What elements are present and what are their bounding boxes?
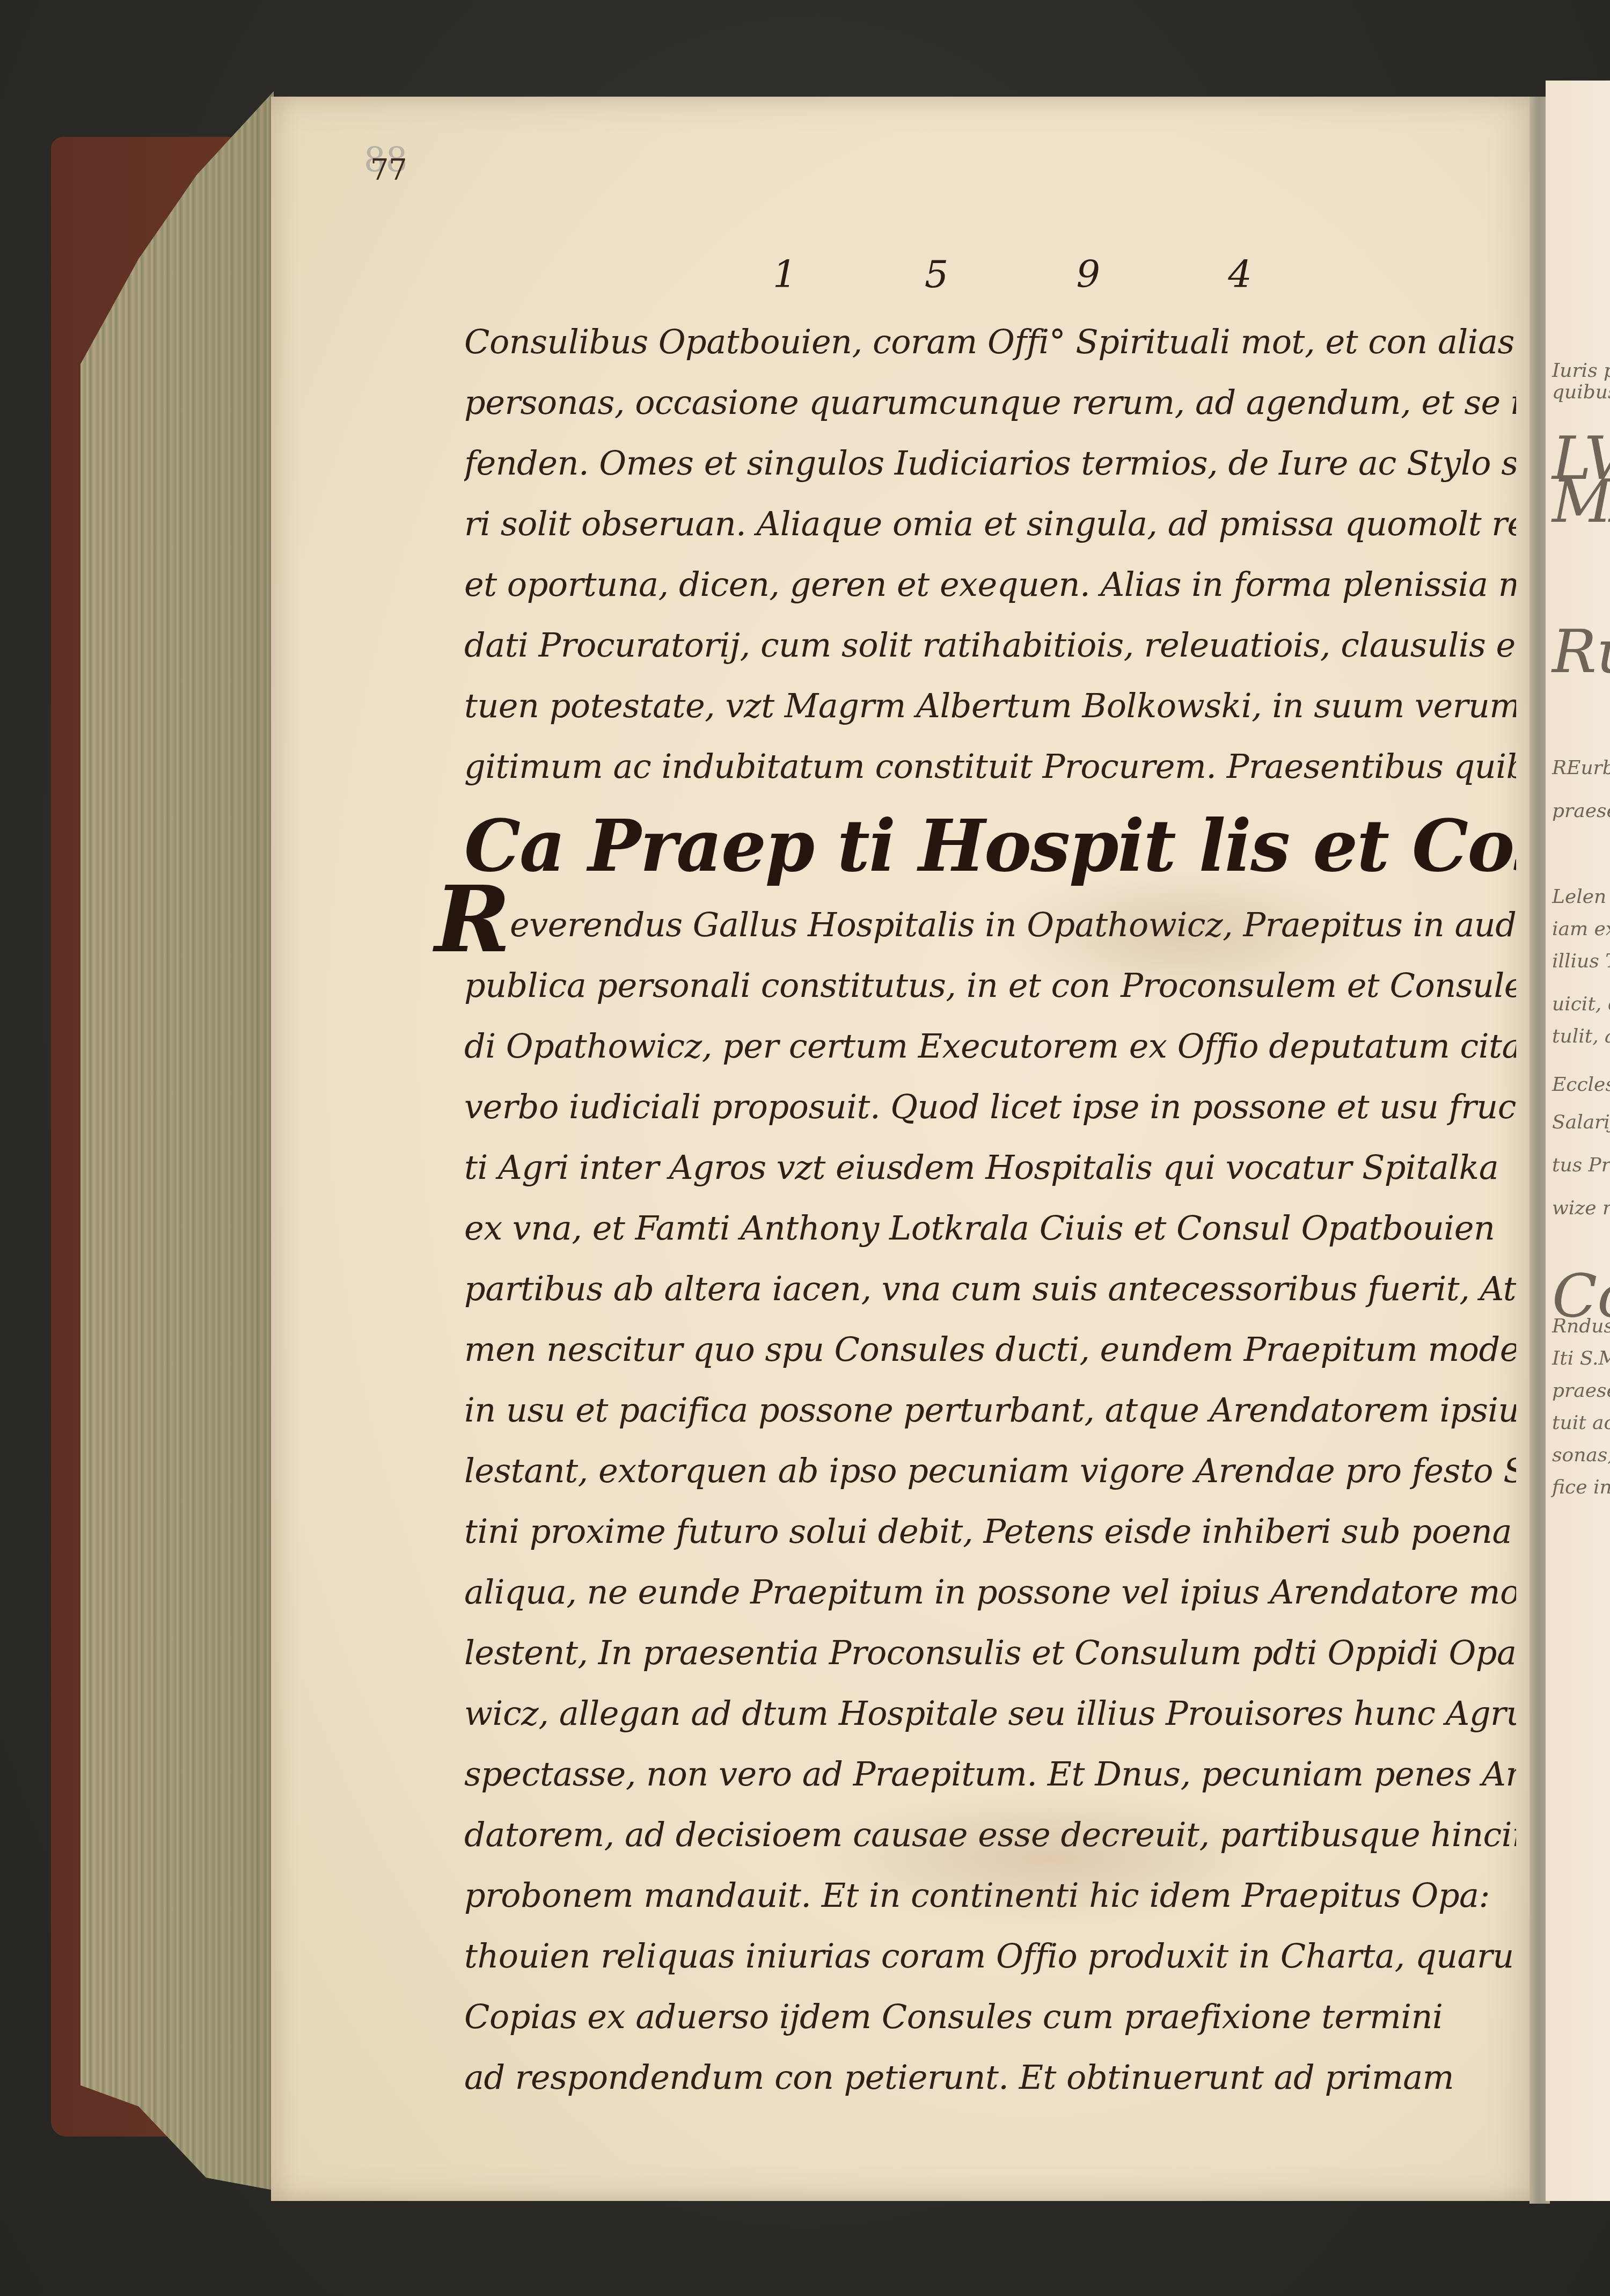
text-line: wicz, allegan ad dtum Hospitale seu illi…	[464, 1683, 1516, 1744]
next-page-text-fragment: sonas, c	[1552, 1444, 1610, 1466]
text-line: di Opathowicz, per certum Executorem ex …	[464, 1016, 1516, 1076]
text-line: Copias ex aduerso ijdem Consules cum pra…	[464, 1986, 1516, 2047]
next-page-text-fragment: uicit, ei	[1552, 993, 1610, 1015]
text-line: verbo iudiciali proposuit. Quod licet ip…	[464, 1076, 1516, 1137]
next-page-text-fragment: Rndus	[1552, 1315, 1610, 1337]
next-page-edge: Iuris post Sesquibus supraLVNMARuREurbis…	[1546, 81, 1610, 2201]
next-page-text-fragment: Lelen Sn	[1552, 886, 1610, 908]
text-line: personas, occasione quarumcunque rerum, …	[464, 372, 1516, 433]
text-line: probonem mandauit. Et in continenti hic …	[464, 1865, 1516, 1926]
text-line: thouien reliquas iniurias coram Offio pr…	[464, 1926, 1516, 1986]
text-line: gitimum ac indubitatum constituit Procur…	[464, 736, 1516, 797]
decorated-initial: R	[435, 874, 510, 965]
text-line: ex vna, et Famti Anthony Lotkrala Ciuis …	[464, 1198, 1516, 1258]
text-line: ad respondendum con petierunt. Et obtinu…	[464, 2047, 1516, 2108]
text-line: fenden. Omes et singulos Iudiciarios ter…	[464, 433, 1516, 493]
year-heading: 1 5 9 4	[773, 252, 1310, 296]
text-line: aliqua, ne eunde Praepitum in possone ve…	[464, 1562, 1516, 1622]
text-line: datorem, ad decisioem causae esse decreu…	[464, 1804, 1516, 1865]
text-line: everendus Gallus Hospitalis in Opathowic…	[464, 894, 1516, 955]
next-page-text-fragment: praesentibus	[1552, 800, 1610, 822]
text-line: ti Agri inter Agros vzt eiusdem Hospital…	[464, 1137, 1516, 1198]
text-line: partibus ab altera iacen, vna cum suis a…	[464, 1258, 1516, 1319]
next-page-text-fragment: Ru	[1552, 617, 1610, 686]
page-edges	[80, 91, 274, 2190]
text-line: lestant, extorquen ab ipso pecuniam vigo…	[464, 1440, 1516, 1501]
manuscript-text: Consulibus Opatbouien, coram Offi° Spiri…	[464, 311, 1516, 2108]
next-page-text-fragment: MA	[1552, 467, 1610, 536]
next-page-text-fragment: Salarij. ein	[1552, 1111, 1610, 1133]
section-heading: Ca Praep ti Hospit lis et Cosu lm Opatho…	[464, 799, 1516, 894]
text-line: ri solit obseruan. Aliaque omia et singu…	[464, 493, 1516, 554]
next-page-text-fragment: Iuris post Ses	[1552, 360, 1610, 382]
next-page-text-fragment: Ecclesiastico	[1552, 1074, 1610, 1096]
next-page-text-fragment: quibus supra	[1552, 381, 1610, 403]
text-line: publica personali constitutus, in et con…	[464, 955, 1516, 1016]
text-line: tini proxime futuro solui debit, Petens …	[464, 1501, 1516, 1562]
next-page-text-fragment: tus Prius	[1552, 1154, 1610, 1176]
next-page-text-fragment: iam exam	[1552, 918, 1610, 940]
text-line: in usu et pacifica possone perturbant, a…	[464, 1380, 1516, 1440]
text-line: tuen potestate, vzt Magrm Albertum Bolko…	[464, 675, 1516, 736]
next-page-text-fragment: fice in et	[1552, 1476, 1610, 1498]
next-page-text-fragment: praesentibus	[1552, 1380, 1610, 1402]
text-line: spectasse, non vero ad Praepitum. Et Dnu…	[464, 1744, 1516, 1804]
next-page-text-fragment: Iti S.M.	[1552, 1347, 1610, 1369]
text-line: men nescitur quo spu Consules ducti, eun…	[464, 1319, 1516, 1380]
next-page-text-fragment: tulit, ac	[1552, 1025, 1610, 1047]
next-page-text-fragment: illius Tem	[1552, 950, 1610, 972]
text-line: dati Procuratorij, cum solit ratihabitio…	[464, 615, 1516, 675]
next-page-text-fragment: tuit ac d	[1552, 1412, 1610, 1434]
text-line: et oportuna, dicen, geren et exequen. Al…	[464, 554, 1516, 615]
text-line: Consulibus Opatbouien, coram Offi° Spiri…	[464, 311, 1516, 372]
next-page-text-fragment: wize m	[1552, 1197, 1610, 1219]
next-page-text-fragment: REurbis	[1552, 757, 1610, 779]
text-line: lestent, In praesentia Proconsulis et Co…	[464, 1622, 1516, 1683]
folio-number: 77	[370, 153, 407, 187]
